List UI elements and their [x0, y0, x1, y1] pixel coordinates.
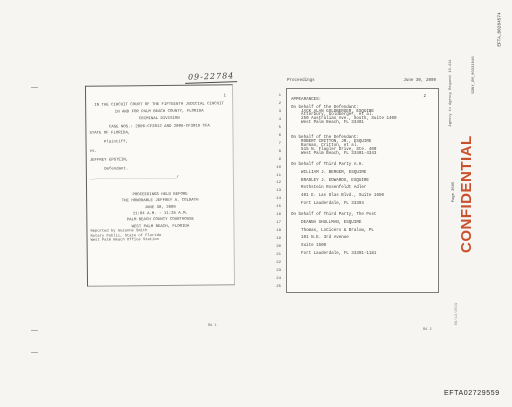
transcript-header-date: June 30, 2009 — [362, 79, 436, 83]
handwritten-case-number: 09-22784 — [185, 71, 238, 84]
line-number-column: 1 2 3 4 5 6 7 8 9 10 11 12 13 14 15 16 1… — [272, 93, 281, 292]
registration-tick — [31, 352, 38, 353]
reporter-info: Reported by Suzanne Smith Notary Public,… — [90, 229, 161, 244]
registration-tick — [31, 330, 38, 331]
page-number: 2 — [423, 95, 426, 99]
transcript-cover-page: 1 IN THE CIRCUIT COURT OF THE FIFTEENTH … — [85, 84, 235, 287]
scan-date-stamp: 08/12/2019 — [455, 297, 459, 331]
transcript-appearances-page: 2 APPEARANCES: On behalf of the Defendan… — [286, 88, 439, 293]
court-heading: IN THE CIRCUIT COURT OF THE FIFTEENTH JU… — [86, 101, 232, 131]
page-number: 1 — [224, 94, 227, 98]
appearances-text: APPEARANCES: On behalf of the Defendant:… — [291, 99, 397, 257]
exhibit-label-ra1: RA 1 — [208, 324, 217, 328]
bates-number: EFTA02729559 — [444, 390, 500, 397]
scanned-document: { "stamps": { "handwritten_case_no": "09… — [0, 0, 512, 407]
case-caption: STATE OF FLORIDA, Plaintiff, vs. JEFFREY… — [89, 131, 178, 181]
registration-tick — [31, 87, 38, 88]
efta-reference-stamp: EFTA_00204574 — [498, 5, 503, 55]
transcript-header-title: Proceedings — [287, 79, 315, 83]
exhibit-label-ra2: RA 2 — [423, 328, 432, 332]
confidential-stamp: CONFIDENTIAL — [458, 143, 478, 253]
sdny-reference-stamp: SDNY_GM_00331846 — [472, 47, 476, 103]
proceedings-info: PROCEEDINGS HELD BEFORE THE HONORABLE JE… — [87, 191, 233, 231]
page-3585-stamp: Page 3585 — [452, 177, 456, 207]
agency-request-stamp: Agency to Agency Request 16-411 — [449, 58, 453, 128]
